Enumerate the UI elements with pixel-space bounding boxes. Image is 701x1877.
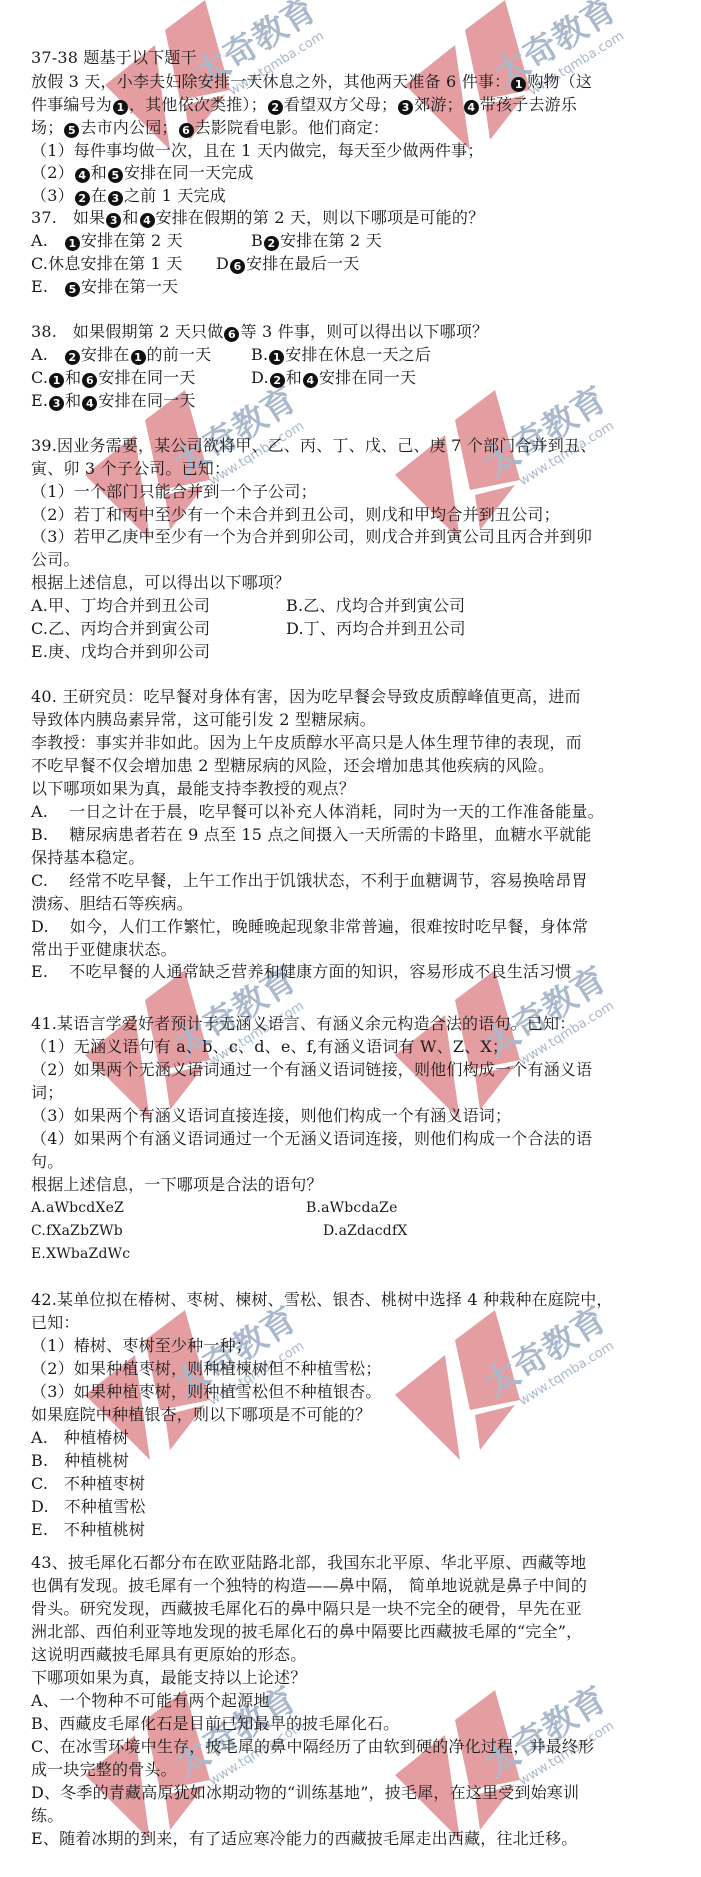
circled-number-5: 5 <box>65 282 80 297</box>
brand-logo-icon: 太奇教育 www.tqmba.com <box>385 1300 645 1470</box>
q42-line: 42.某单位拟在椿树、枣树、楝树、雪松、银杏、桃树中选择 4 种栽种在庭院中， <box>31 1290 613 1310</box>
intro-condition-1: （1）每件事均做一次，且在 1 天内做完，每天至少做两件事； <box>31 141 484 161</box>
intro-condition-3: （3）2在3之前 1 天完成 <box>31 186 226 206</box>
q40-line: 导致体内胰岛素异常，这可能引发 2 型糖尿病。 <box>31 710 376 730</box>
q37-stem: 37. 如果3和4安排在假期的第 2 天，则以下哪项是可能的？ <box>31 208 484 228</box>
circled-number-3: 3 <box>398 100 413 115</box>
q41-option-c: C.fXaZbZWb <box>31 1221 123 1241</box>
q37-option-c: C.休息安排在第 1 天 <box>31 254 183 274</box>
circled-number-2: 2 <box>270 373 285 388</box>
q43-option-b: B、西藏皮毛犀化石是目前已知最早的披毛犀化石。 <box>31 1714 399 1734</box>
circled-number-2: 2 <box>75 191 90 206</box>
intro-stem-line-1: 放假 3 天，小李夫妇除安排一天休息之外，其他两天准备 6 件事：1购物（这 <box>31 72 592 92</box>
q40-option-c-cont: 溃疡、胆结石等疾病。 <box>31 894 193 914</box>
circled-number-4: 4 <box>140 213 155 228</box>
q39-option-a: A.甲、丁均合并到丑公司 <box>31 596 210 616</box>
q42-line: 已知： <box>31 1313 80 1333</box>
q38-option-a: A. 2安排在1的前一天 <box>31 345 211 365</box>
circled-number-6: 6 <box>230 259 245 274</box>
q41-question: 根据上述信息，一下哪项是合法的语句？ <box>31 1175 323 1195</box>
svg-text:太奇教育: 太奇教育 <box>477 1300 614 1405</box>
intro-stem-line-3: 场；5去市内公园；6去影院看电影。他们商定： <box>31 118 389 138</box>
circled-number-2: 2 <box>264 236 279 251</box>
q40-line: 李教授：事实并非如此。因为上午皮质醇水平高只是人体生理节律的表现，而 <box>31 733 582 753</box>
q41-option-a: A.aWbcdXeZ <box>31 1198 124 1218</box>
q41-line: 词； <box>31 1083 63 1103</box>
q40-option-c: C. 经常不吃早餐，上午工作出于饥饿状态，不利于血糖调节，容易换啥昂胃 <box>31 871 588 891</box>
circled-number-4: 4 <box>464 100 479 115</box>
q39-question: 根据上述信息，可以得出以下哪项？ <box>31 573 290 593</box>
q39-line: 39.因业务需要，某公司欲将甲、乙、丙、丁、戊、己、庚 7 个部门合并到丑、 <box>31 436 596 456</box>
q43-line: 这说明西藏披毛犀具有更原始的形态。 <box>31 1645 306 1665</box>
q43-question: 下哪项如果为真，最能支持以上论述？ <box>31 1668 306 1688</box>
circled-number-6: 6 <box>179 123 194 138</box>
q42-option-c: C. 不种植枣树 <box>31 1474 145 1494</box>
q40-option-b-cont: 保持基本稳定。 <box>31 848 144 868</box>
brand-logo-icon: 太奇教育 www.tqmba.com <box>385 1680 645 1850</box>
q40-line: 不吃早餐不仅会增加患 2 型糖尿病的风险，还会增加患其他疾病的风险。 <box>31 756 554 776</box>
circled-number-5: 5 <box>64 123 79 138</box>
q43-line: 43、披毛犀化石都分布在欧亚陆路北部，我国东北平原、华北平原、西藏等地 <box>31 1553 586 1573</box>
q42-question: 如果庭院中种植银杏，则以下哪项是不可能的？ <box>31 1405 371 1425</box>
q40-option-b: B. 糖尿病患者若在 9 点至 15 点之间摄入一天所需的卡路里，血糖水平就能 <box>31 825 591 845</box>
q38-option-b: B.1安排在休息一天之后 <box>251 345 431 365</box>
q41-option-e: E.XWbaZdWc <box>31 1244 130 1264</box>
circled-number-1: 1 <box>113 100 128 115</box>
circled-number-3: 3 <box>108 191 123 206</box>
circled-number-1: 1 <box>269 350 284 365</box>
q41-line: （4）如果两个有涵义语词通过一个无涵义语词连接，则他们构成一个合法的语 <box>31 1129 592 1149</box>
q42-option-b: B. 种植桃树 <box>31 1451 129 1471</box>
q39-line: （2）若丁和丙中至少有一个未合并到丑公司，则戊和甲均合并到丑公司； <box>31 505 560 525</box>
q39-line: 公司。 <box>31 550 80 570</box>
q39-line: （1）一个部门只能合并到一个子公司； <box>31 482 317 502</box>
q41-line: （1）无涵义语句有 a、b、c、d、e、f,有涵义语词有 W、Z、X； <box>31 1037 508 1057</box>
svg-text:www.tqmba.com: www.tqmba.com <box>516 1339 616 1409</box>
svg-text:太奇教育: 太奇教育 <box>477 1680 614 1785</box>
q43-option-a: A、一个物种不可能有两个起源地 <box>31 1691 270 1711</box>
watermark: 太奇教育 www.tqmba.com <box>385 1300 645 1470</box>
circled-number-6: 6 <box>82 373 97 388</box>
q38-option-d: D.2和4安排在同一天 <box>251 368 416 388</box>
circled-number-3: 3 <box>106 213 121 228</box>
q40-option-d: D. 如今，人们工作繁忙，晚睡晚起现象非常普遍，很难按时吃早餐，身体常 <box>31 917 588 937</box>
q38-stem: 38. 如果假期第 2 天只做6等 3 件事，则可以得出以下哪项？ <box>31 322 488 342</box>
q38-option-c: C.1和6安排在同一天 <box>31 368 196 388</box>
q39-option-e: E.庚、戊均合并到卯公司 <box>31 642 210 662</box>
document-page: 太奇教育 www.tqmba.com 太奇教育 www.tqmba.com <box>0 0 701 1877</box>
circled-number-4: 4 <box>303 373 318 388</box>
q40-line: 40. 王研究员：吃早餐对身体有害，因为吃早餐会导致皮质醇峰值更高，进而 <box>31 687 581 707</box>
q40-option-d-cont: 常出于亚健康状态。 <box>31 940 177 960</box>
intro-condition-2: （2）4和5安排在同一天完成 <box>31 163 254 183</box>
intro-stem-line-2: 件事编号为1，其他依次类推）；2看望双方父母；3郊游；4带孩子去游乐 <box>31 95 577 115</box>
q37-option-d: D6安排在最后一天 <box>216 254 359 274</box>
watermark: 太奇教育 www.tqmba.com <box>385 1680 645 1850</box>
q42-option-e: E. 不种植桃树 <box>31 1520 145 1540</box>
q43-option-e: E、随着冰期的到来，有了适应寒冷能力的西藏披毛犀走出西藏，往北迁移。 <box>31 1829 577 1849</box>
q37-option-b: B2安排在第 2 天 <box>251 231 382 251</box>
q43-line: 骨头。研究发现，西藏披毛犀化石的鼻中隔只是一块不完全的硬骨，早先在亚 <box>31 1599 582 1619</box>
q37-option-e: E. 5安排在第一天 <box>31 277 178 297</box>
q39-line: （3）若甲乙庚中至少有一个为合并到卯公司，则戊合并到寅公司且丙合并到卯 <box>31 527 592 547</box>
q43-line: 也偶有发现。披毛犀有一个独特的构造——鼻中隔， 简单地说就是鼻子中间的 <box>31 1576 587 1596</box>
q41-option-d: D.aZdacdfX <box>323 1221 408 1241</box>
circled-number-1: 1 <box>65 236 80 251</box>
intro-header: 37-38 题基于以下题干 <box>31 48 197 68</box>
circled-number-6: 6 <box>224 327 239 342</box>
circled-number-2: 2 <box>65 350 80 365</box>
q42-option-d: D. 不种植雪松 <box>31 1497 146 1517</box>
circled-number-5: 5 <box>108 168 123 183</box>
q40-option-a: A. 一日之计在于晨，吃早餐可以补充人体消耗，同时为一天的工作准备能量。 <box>31 802 604 822</box>
q43-option-c-cont: 成一块完整的骨头。 <box>31 1760 177 1780</box>
circled-number-3: 3 <box>49 396 64 411</box>
svg-text:太奇教育: 太奇教育 <box>477 380 614 485</box>
q42-line: （2）如果种植枣树，则种植楝树但不种植雪松； <box>31 1359 382 1379</box>
q43-option-d: D、冬季的青藏高原犹如冰期动物的“训练基地”，披毛犀，在这里受到始寒训 <box>31 1783 579 1803</box>
q43-line: 洲北部、西伯利亚等地发现的披毛犀化石的鼻中隔要比西藏披毛犀的“完全”， <box>31 1622 582 1642</box>
q41-line: （2）如果两个无涵义语词通过一个有涵义语词链接，则他们构成一个有涵义语 <box>31 1060 592 1080</box>
q43-option-c: C、在冰雪环境中生存，披毛犀的鼻中隔经历了由软到硬的净化过程，并最终形 <box>31 1737 594 1757</box>
q41-line: （3）如果两个有涵义语词直接连接，则他们构成一个有涵义语词； <box>31 1106 511 1126</box>
q37-option-a: A. 1安排在第 2 天 <box>31 231 183 251</box>
q41-line: 41.某语言学爱好者预计于无涵义语言、有涵义余元构造合法的语句。已知： <box>31 1014 575 1034</box>
q38-option-e: E.3和4安排在同一天 <box>31 391 196 411</box>
q39-line: 寅、卯 3 个子公司。已知： <box>31 459 230 479</box>
circled-number-4: 4 <box>75 168 90 183</box>
circled-number-2: 2 <box>268 100 283 115</box>
q42-option-a: A. 种植椿树 <box>31 1428 129 1448</box>
q42-line: （3）如果种植枣树，则种植雪松但不种植银杏。 <box>31 1382 382 1402</box>
circled-number-1: 1 <box>511 77 526 92</box>
circled-number-1: 1 <box>131 350 146 365</box>
q42-line: （1）椿树、枣树至少种一种； <box>31 1336 252 1356</box>
q39-option-b: B.乙、戊均合并到寅公司 <box>286 596 465 616</box>
q43-option-d-cont: 练。 <box>31 1806 63 1826</box>
q39-option-c: C.乙、丙均合并到寅公司 <box>31 619 210 639</box>
circled-number-1: 1 <box>49 373 64 388</box>
q41-line: 句。 <box>31 1152 63 1172</box>
q39-option-d: D.丁、丙均合并到丑公司 <box>286 619 466 639</box>
circled-number-4: 4 <box>82 396 97 411</box>
q40-option-e: E. 不吃早餐的人通常缺乏营养和健康方面的知识，容易形成不良生活习惯 <box>31 962 572 982</box>
q41-option-b: B.aWbcdaZe <box>306 1198 398 1218</box>
q40-question: 以下哪项如果为真，最能支持李教授的观点？ <box>31 779 355 799</box>
